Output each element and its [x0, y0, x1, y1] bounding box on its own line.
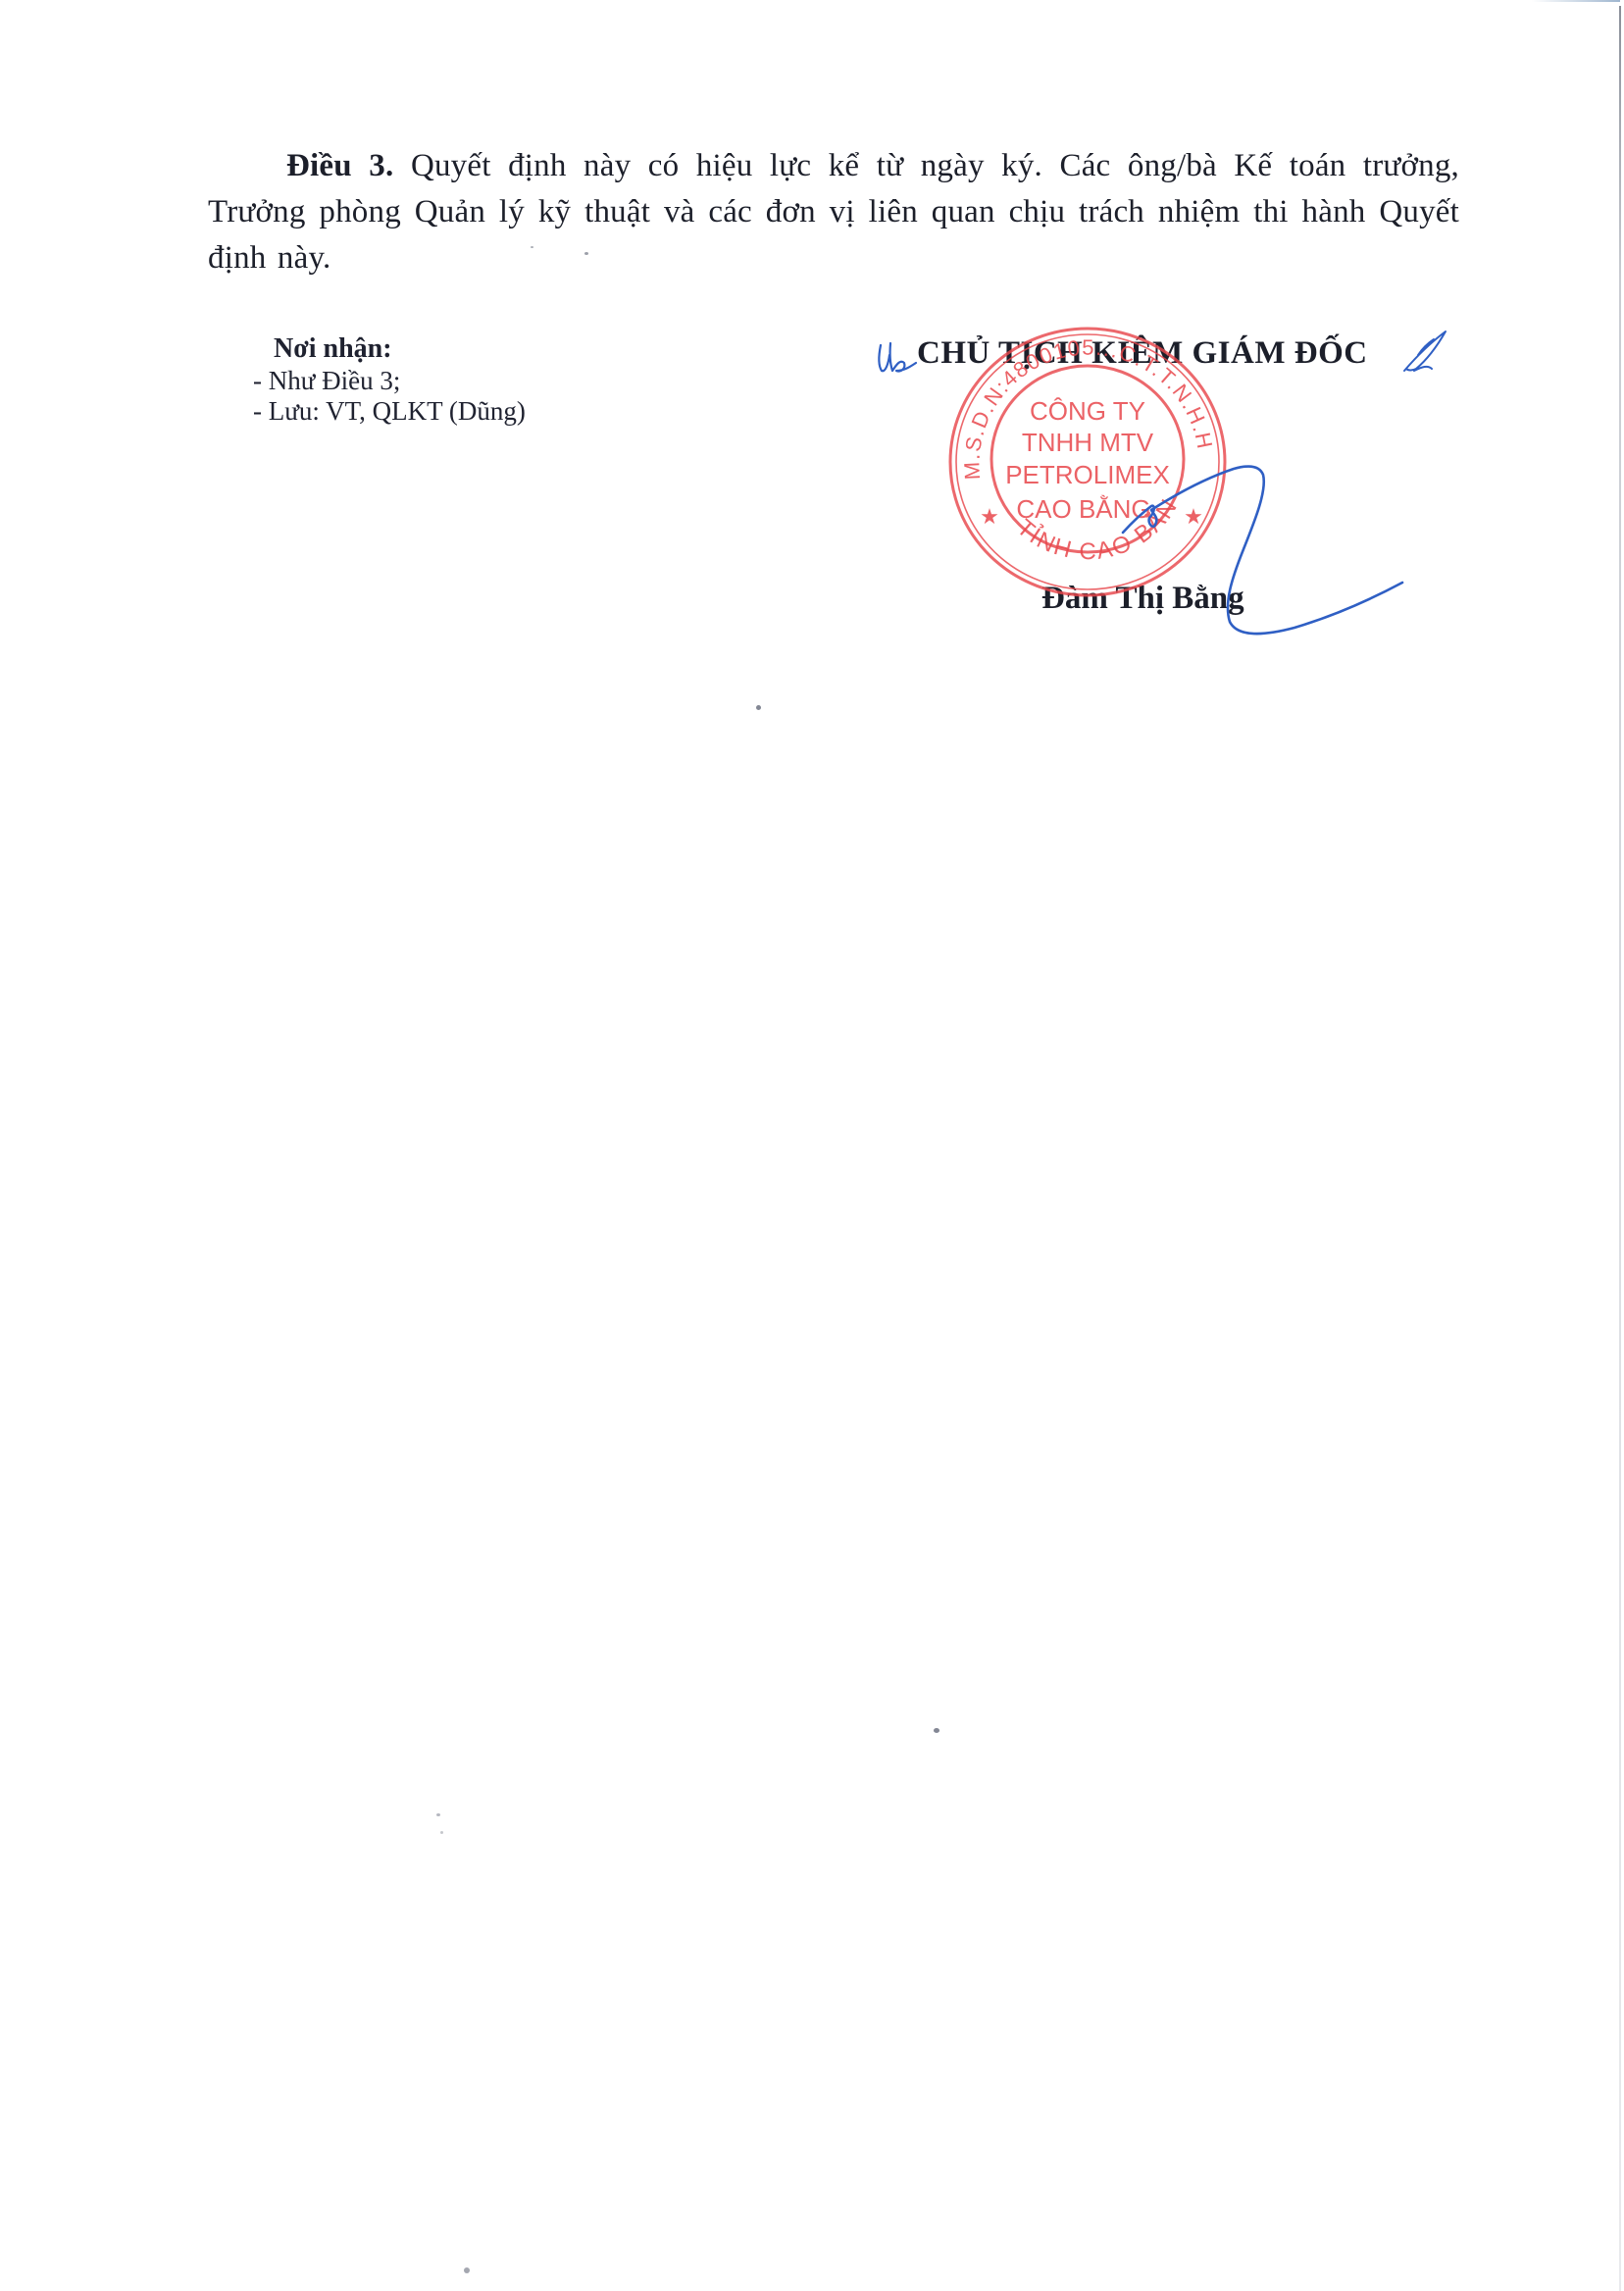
- recipients-heading: Nơi nhận:: [274, 333, 526, 364]
- initial-mark-right: [1404, 331, 1446, 371]
- scan-speck: [934, 1728, 939, 1733]
- stamp-line: CÔNG TY: [1030, 396, 1145, 426]
- scan-speck: [436, 1813, 440, 1816]
- company-stamp: M.S.D.N:4800105...C.T.T.N.H.H TỈNH CAO B…: [0, 0, 1624, 2291]
- stamp-line: PETROLIMEX: [1005, 460, 1170, 489]
- recipient-item: - Lưu: VT, QLKT (Dũng): [253, 396, 526, 427]
- stamp-inner-ring: [991, 366, 1184, 552]
- stamp-line: TNHH MTV: [1022, 428, 1154, 457]
- stamp-line: CAO BẰNG: [1016, 494, 1150, 524]
- scan-speck: [756, 705, 761, 710]
- scan-speck: [464, 2267, 470, 2273]
- scan-speck: [584, 252, 588, 255]
- initial-mark-left: [879, 343, 916, 372]
- star-icon: ★: [1184, 504, 1203, 529]
- signer-name: Đàm Thị Bằng: [1041, 581, 1244, 617]
- stamp-bottom-text: TỈNH CAO BẰNG: [0, 0, 1184, 565]
- signature-title: CHỦ TỊCH KIÊM GIÁM ĐỐC: [917, 335, 1368, 372]
- handwritten-ink: [0, 0, 1624, 2291]
- document-page: Điều 3. Quyết định này có hiệu lực kể từ…: [0, 0, 1624, 2291]
- recipients-block: Nơi nhận: - Như Điều 3; - Lưu: VT, QLKT …: [253, 333, 526, 427]
- scan-edge-right: [1619, 6, 1621, 2291]
- article-text: Quyết định này có hiệu lực kể từ ngày ký…: [208, 148, 1459, 276]
- article-3-paragraph: Điều 3. Quyết định này có hiệu lực kể từ…: [208, 143, 1459, 281]
- recipient-item: - Như Điều 3;: [253, 366, 526, 396]
- scan-speck: [440, 1831, 443, 1834]
- article-label: Điều 3.: [286, 148, 393, 183]
- scan-edge-top: [1532, 0, 1620, 2]
- star-icon: ★: [980, 504, 999, 529]
- scan-speck: [531, 246, 533, 248]
